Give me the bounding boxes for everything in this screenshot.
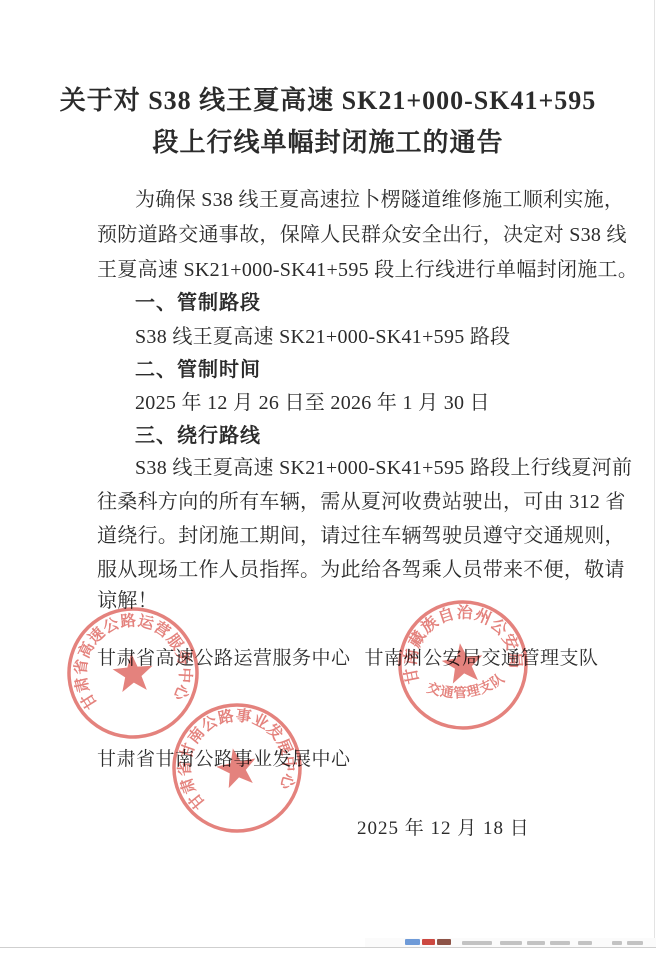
intro-line: 王夏高速 SK21+000-SK41+595 段上行线进行单幅封闭施工。 bbox=[97, 258, 638, 282]
taskbar-icon-fragment-gray[interactable] bbox=[462, 941, 492, 945]
star-icon bbox=[111, 651, 154, 692]
detour-line: 道绕行。封闭施工期间，请过往车辆驾驶员遵守交通规则， bbox=[97, 524, 625, 548]
taskbar-icon-fragment-gray[interactable] bbox=[578, 941, 592, 945]
taskbar-icon-fragment-gray[interactable] bbox=[527, 941, 545, 945]
section-content-control-period: 2025 年 12 月 26 日至 2026 年 1 月 30 日 bbox=[135, 391, 490, 415]
taskbar-sliver[interactable] bbox=[365, 938, 656, 947]
notice-title-line-1: 关于对 S38 线王夏高速 SK21+000-SK41+595 bbox=[30, 80, 626, 117]
star-icon bbox=[440, 640, 486, 684]
detour-line: 服从现场工作人员指挥。为此给各驾乘人员带来不便，敬请 bbox=[97, 558, 625, 582]
screen-bottom-edge-line bbox=[0, 947, 656, 948]
taskbar-icon-fragment-gray[interactable] bbox=[612, 941, 622, 945]
taskbar-icon-fragment-blue[interactable] bbox=[405, 939, 420, 945]
taskbar-icon-fragment-red[interactable] bbox=[422, 939, 435, 945]
section-heading-controlled-road: 一、管制路段 bbox=[135, 291, 261, 315]
notice-document-page: 关于对 S38 线王夏高速 SK21+000-SK41+595 段上行线单幅封闭… bbox=[0, 0, 656, 953]
section-heading-control-period: 二、管制时间 bbox=[135, 358, 261, 382]
taskbar-icon-fragment-gray[interactable] bbox=[627, 941, 643, 945]
notice-title-line-2: 段上行线单幅封闭施工的通告 bbox=[30, 122, 626, 159]
issue-date: 2025 年 12 月 18 日 bbox=[357, 813, 530, 840]
detour-line: 往桑科方向的所有车辆，需从夏河收费站驶出，可由 312 省 bbox=[97, 490, 626, 514]
detour-line: S38 线王夏高速 SK21+000-SK41+595 路段上行线夏河前 bbox=[135, 456, 632, 480]
intro-line: 为确保 S38 线王夏高速拉卜楞隧道维修施工顺利实施， bbox=[135, 188, 624, 212]
red-seal-road-development-center: 甘肃省甘南公路事业发展中心 bbox=[154, 685, 320, 851]
intro-line: 预防道路交通事故，保障人民群众安全出行，决定对 S38 线 bbox=[97, 223, 627, 247]
red-seal-public-security-traffic: 甘南藏族自治州公安局 交通管理支队 bbox=[384, 586, 542, 744]
section-content-controlled-road: S38 线王夏高速 SK21+000-SK41+595 路段 bbox=[135, 325, 510, 349]
taskbar-icon-fragment-gray[interactable] bbox=[500, 941, 522, 945]
star-icon bbox=[213, 744, 260, 789]
page-edge-line bbox=[654, 0, 655, 947]
taskbar-icon-fragment-gray[interactable] bbox=[550, 941, 570, 945]
section-heading-detour-route: 三、绕行路线 bbox=[135, 424, 261, 448]
taskbar-icon-fragment-brown[interactable] bbox=[437, 939, 451, 945]
